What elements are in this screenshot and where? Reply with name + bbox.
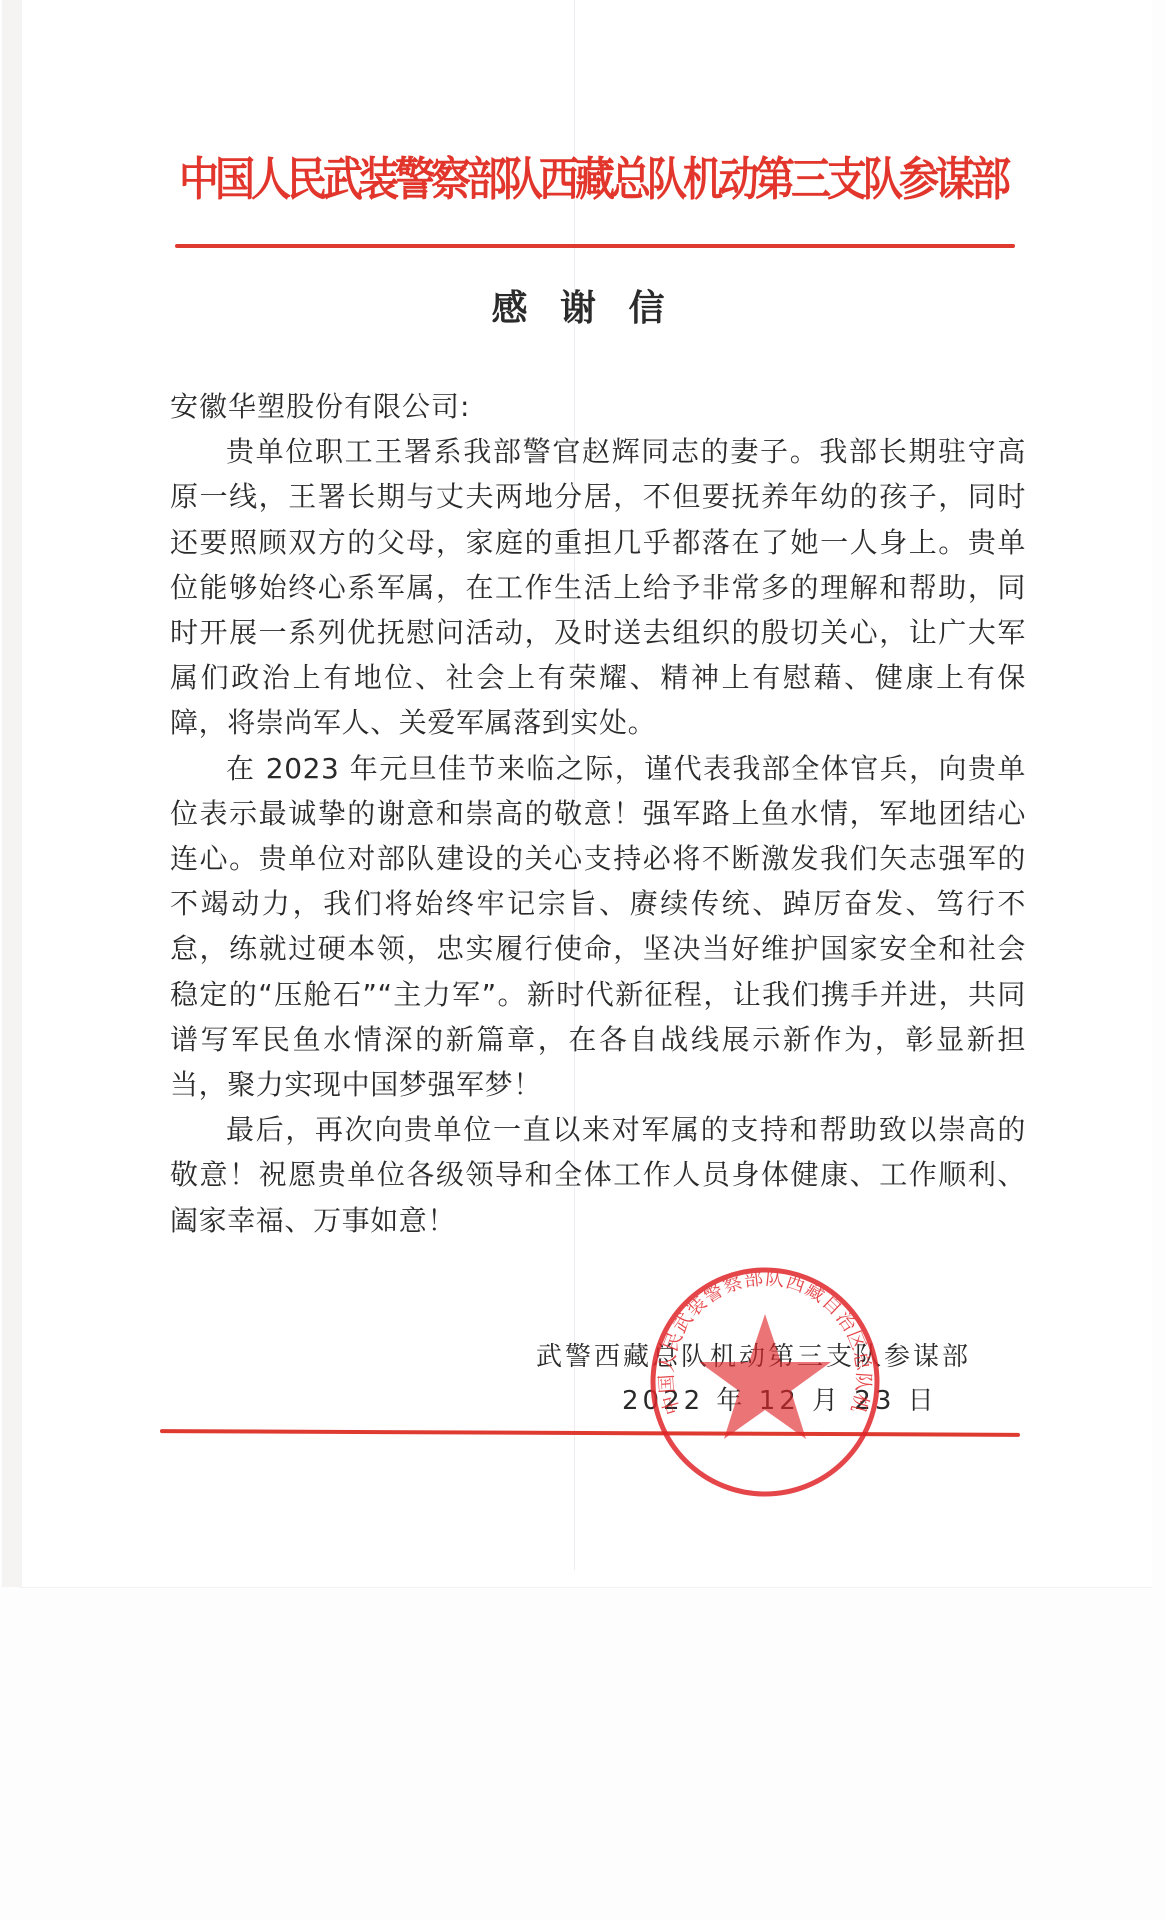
letterhead-divider	[175, 244, 1015, 248]
letter-date: 2022 年 12 月 23 日	[622, 1380, 938, 1417]
letter-title: 感 谢 信	[0, 280, 1166, 331]
salutation: 安徽华塑股份有限公司:	[170, 384, 1026, 429]
letterhead-title: 中国人民武装警察部队西藏总队机动第三支队参谋部	[158, 146, 1028, 215]
paragraph-1: 贵单位职工王署系我部警官赵辉同志的妻子。我部长期驻守高原一线，王署长期与丈夫两地…	[170, 429, 1026, 745]
paragraph-2: 在 2023 年元旦佳节来临之际，谨代表我部全体官兵，向贵单位表示最诚挚的谢意和…	[170, 746, 1026, 1108]
signature: 武警西藏总队机动第三支队参谋部	[536, 1336, 971, 1373]
paragraph-3: 最后，再次向贵单位一直以来对军属的支持和帮助致以崇高的敬意！祝愿贵单位各级领导和…	[170, 1107, 1026, 1243]
letter-body: 安徽华塑股份有限公司: 贵单位职工王署系我部警官赵辉同志的妻子。我部长期驻守高原…	[170, 384, 1026, 1243]
